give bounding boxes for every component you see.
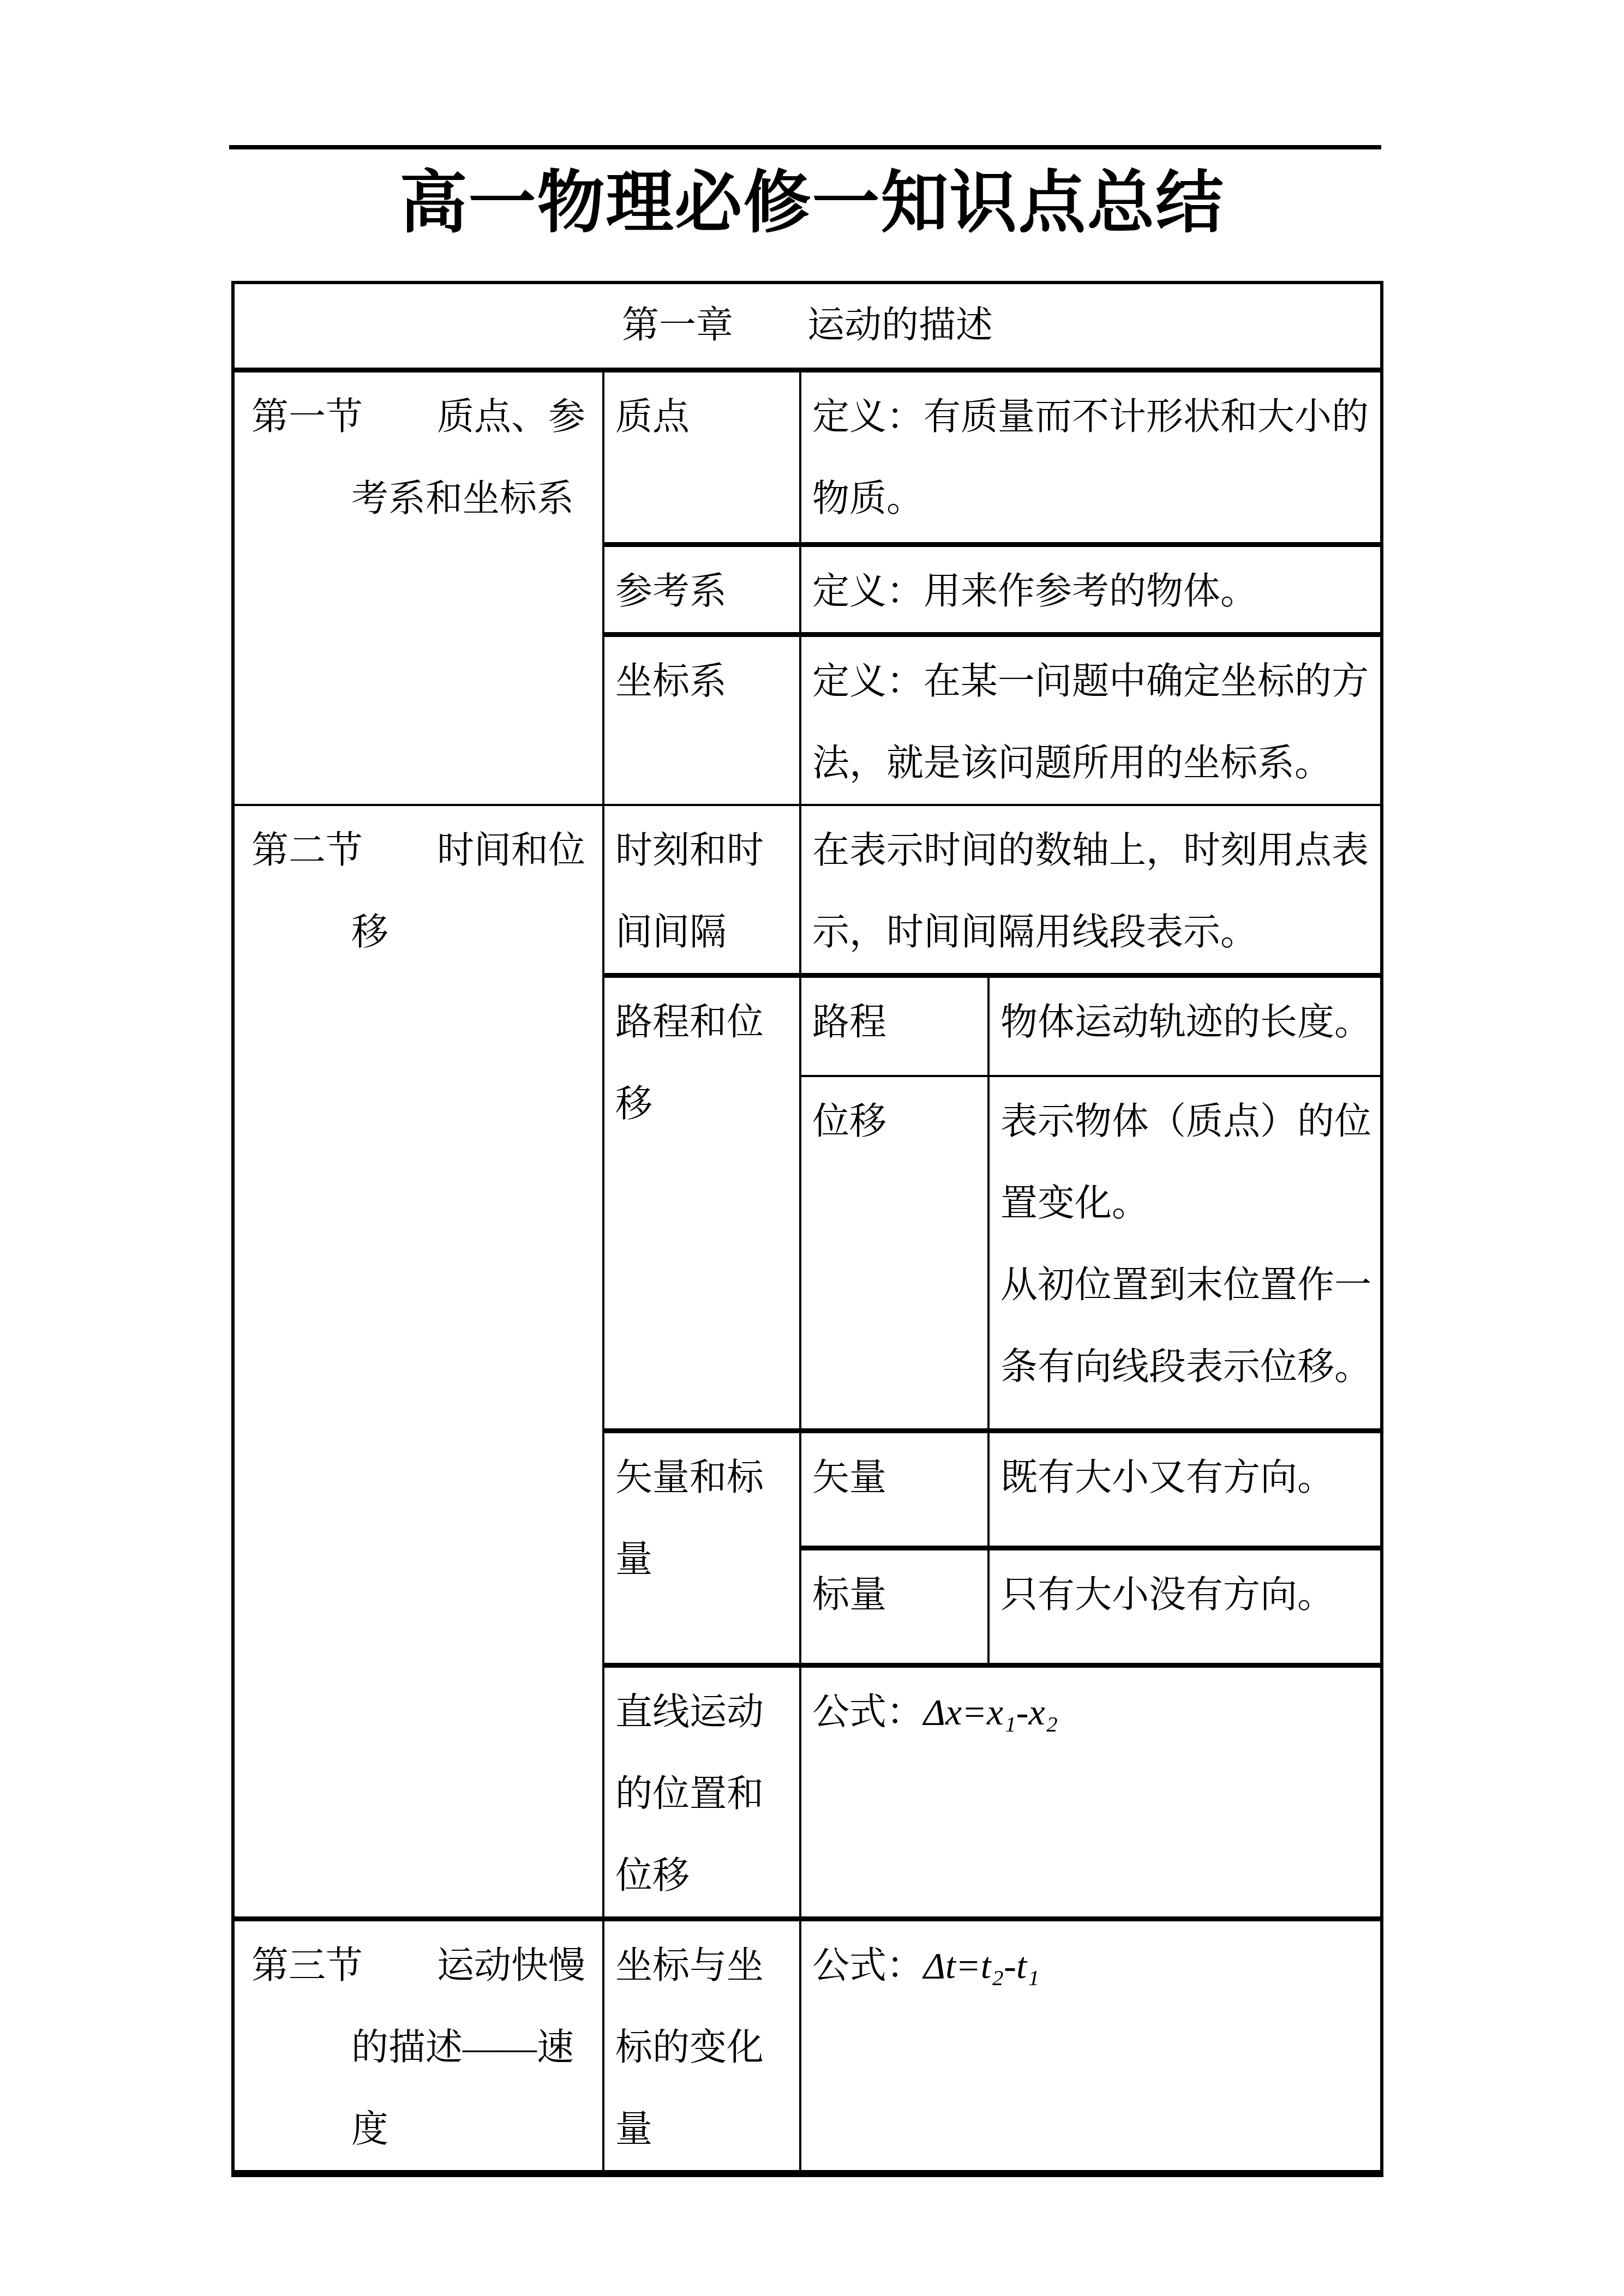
row-shike: 第二节 时间和位 移 时刻和时 间间隔 在表示时间的数轴上，时刻用点表 示，时间… — [233, 805, 1382, 976]
term-weiyi-cell: 位移 — [800, 1076, 988, 1431]
def-shike-cell: 在表示时间的数轴上，时刻用点表 示，时间间隔用线段表示。 — [800, 805, 1382, 976]
term-shiliang-cell: 矢量 — [800, 1431, 988, 1548]
def-shiliang-cell: 既有大小又有方向。 — [988, 1431, 1382, 1548]
section1-label-cell: 第一节 质点、参 考系和坐标系 — [233, 370, 603, 805]
chapter-header-cell: 第一章 运动的描述 — [233, 283, 1382, 370]
row-zhidian: 第一节 质点、参 考系和坐标系 质点 定义：有质量而不计形状和大小的 物质。 — [233, 370, 1382, 544]
knowledge-table: 第一章 运动的描述 第一节 质点、参 考系和坐标系 质点 定义：有质量而不计形状… — [231, 281, 1383, 2177]
section2-label-cell: 第二节 时间和位 移 — [233, 805, 603, 1919]
section3-label-cell: 第三节 运动快慢 的描述——速 度 — [233, 1919, 603, 2173]
term-zhidian-cell: 质点 — [603, 370, 800, 544]
term-zhixian-cell: 直线运动 的位置和 位移 — [603, 1665, 800, 1919]
term-biaoliang-cell: 标量 — [800, 1548, 988, 1665]
term-lucheng-cell: 路程 — [800, 975, 988, 1076]
formula-zhixian-prefix: 公式： — [812, 1691, 924, 1733]
formula-zhixian-expression: Δx=x₁-x₂ — [924, 1691, 1058, 1733]
term-shike-cell: 时刻和时 间间隔 — [603, 805, 800, 976]
chapter-header-row: 第一章 运动的描述 — [233, 283, 1382, 370]
term-zuobiaobianhua-cell: 坐标与坐 标的变化 量 — [603, 1919, 800, 2173]
row-section3: 第三节 运动快慢 的描述——速 度 坐标与坐 标的变化 量 公式：Δt=t₂-t… — [233, 1919, 1382, 2173]
formula-zuobiaobianhua-cell: 公式：Δt=t₂-t₁ — [800, 1919, 1382, 2173]
document-page: { "title": "高一物理必修一知识点总结", "table": { "c… — [0, 0, 1624, 2296]
term-zuobiaoxi-cell: 坐标系 — [603, 634, 800, 805]
def-lucheng-cell: 物体运动轨迹的长度。 — [988, 975, 1382, 1076]
formula-zuobiaobianhua-prefix: 公式： — [812, 1945, 924, 1986]
def-zhidian-cell: 定义：有质量而不计形状和大小的 物质。 — [800, 370, 1382, 544]
page-title: 高一物理必修一知识点总结 — [0, 159, 1624, 247]
formula-zuobiaobianhua-expression: Δt=t₂-t₁ — [924, 1945, 1039, 1986]
formula-zhixian-cell: 公式：Δx=x₁-x₂ — [800, 1665, 1382, 1919]
def-cankaoxi-cell: 定义：用来作参考的物体。 — [800, 544, 1382, 634]
term-shibiao-cell: 矢量和标 量 — [603, 1431, 800, 1665]
term-luchengweiyi-cell: 路程和位 移 — [603, 975, 800, 1431]
term-cankaoxi-cell: 参考系 — [603, 544, 800, 634]
def-zuobiaoxi-cell: 定义：在某一问题中确定坐标的方 法，就是该问题所用的坐标系。 — [800, 634, 1382, 805]
title-rule — [229, 145, 1381, 149]
def-biaoliang-cell: 只有大小没有方向。 — [988, 1548, 1382, 1665]
def-weiyi-cell: 表示物体（质点）的位 置变化。 从初位置到末位置作一 条有向线段表示位移。 — [988, 1076, 1382, 1431]
